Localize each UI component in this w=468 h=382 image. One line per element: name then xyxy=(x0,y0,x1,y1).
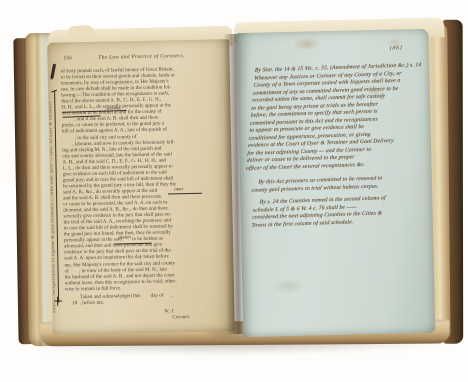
photo-background: 156 The Law and Practice of Coroners. of… xyxy=(0,0,468,382)
manuscript-page: 1861 By Stat. the 14 & 15 Vic. c. 55. (A… xyxy=(236,29,435,337)
running-title: The Law and Practice of Coroners. xyxy=(61,52,221,61)
manuscript-insertion: court xyxy=(174,186,184,191)
open-book: 156 The Law and Practice of Coroners. of… xyxy=(0,0,468,382)
margin-ink-blot xyxy=(50,63,56,78)
manuscript-insertion: assizes xyxy=(119,234,132,239)
manuscript-paragraph-3: By s. 24 the Counties named in the secon… xyxy=(251,194,426,230)
manuscript-paragraph-2: By this Act prisoners so committed to be… xyxy=(251,174,424,195)
attestation-text: Taken and acknowledged this day of , 18 … xyxy=(72,291,224,306)
coroner-signature-title: Coroner. xyxy=(172,314,190,320)
turned-leaf-corner xyxy=(68,25,95,37)
foxing-spot xyxy=(272,278,306,295)
printed-body-text: of forty pounds each, of lawful money of… xyxy=(61,65,227,292)
year-annotation: 1861 xyxy=(389,45,404,52)
manuscript-paragraph-1: By Stat. the 14 & 15 Vic. c. 55. (Amendm… xyxy=(246,62,428,173)
page-header: 156 The Law and Practice of Coroners. xyxy=(61,52,221,63)
printed-page: 156 The Law and Practice of Coroners. of… xyxy=(47,39,235,334)
foxing-spot xyxy=(293,37,321,51)
manuscript-insertion: sessions xyxy=(106,105,121,110)
